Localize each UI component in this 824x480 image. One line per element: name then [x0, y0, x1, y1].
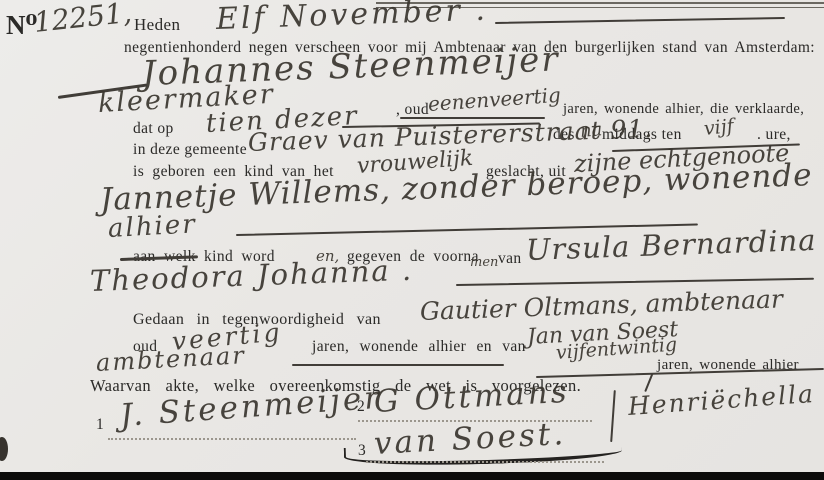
declarant-age: eenenveertig	[427, 83, 561, 116]
ink-line-after-date	[495, 17, 785, 24]
ink-line-after-occupation	[292, 364, 504, 366]
hour-entry: vijf	[703, 115, 735, 140]
mother-residence: alhier	[107, 209, 197, 244]
date-entry: Elf November .	[215, 0, 488, 37]
signature-3-dotline	[366, 461, 604, 463]
registrar-signature: Henriëchella	[627, 379, 816, 421]
witness1-rest-label: jaren, wonende alhier en van	[312, 338, 526, 356]
witness2-occupation: ambtenaar	[95, 341, 246, 377]
ink-slash-after-closing	[644, 373, 653, 392]
child-names-line1: Ursula Bernardina	[525, 223, 817, 267]
scan-bottom-bar	[0, 472, 824, 480]
ink-vertical-stroke	[610, 390, 616, 442]
gemeente-label: in deze gemeente	[133, 141, 247, 159]
witness1-entry: Gautier Oltmans, ambtenaar	[419, 284, 783, 326]
scan-ink-blob-left	[0, 437, 8, 461]
act-number-value: 12251,	[32, 0, 133, 39]
signature-1-dotline	[108, 438, 356, 440]
van-label: van	[498, 250, 522, 268]
voorna-suffix: men	[470, 255, 498, 270]
birth-certificate-scan: N⁰ 12251, Heden Elf November . negentien…	[0, 0, 824, 480]
heden-label: Heden	[134, 15, 180, 35]
dat-op-label: dat op	[133, 120, 174, 138]
signature-1-number: 1	[96, 416, 104, 434]
